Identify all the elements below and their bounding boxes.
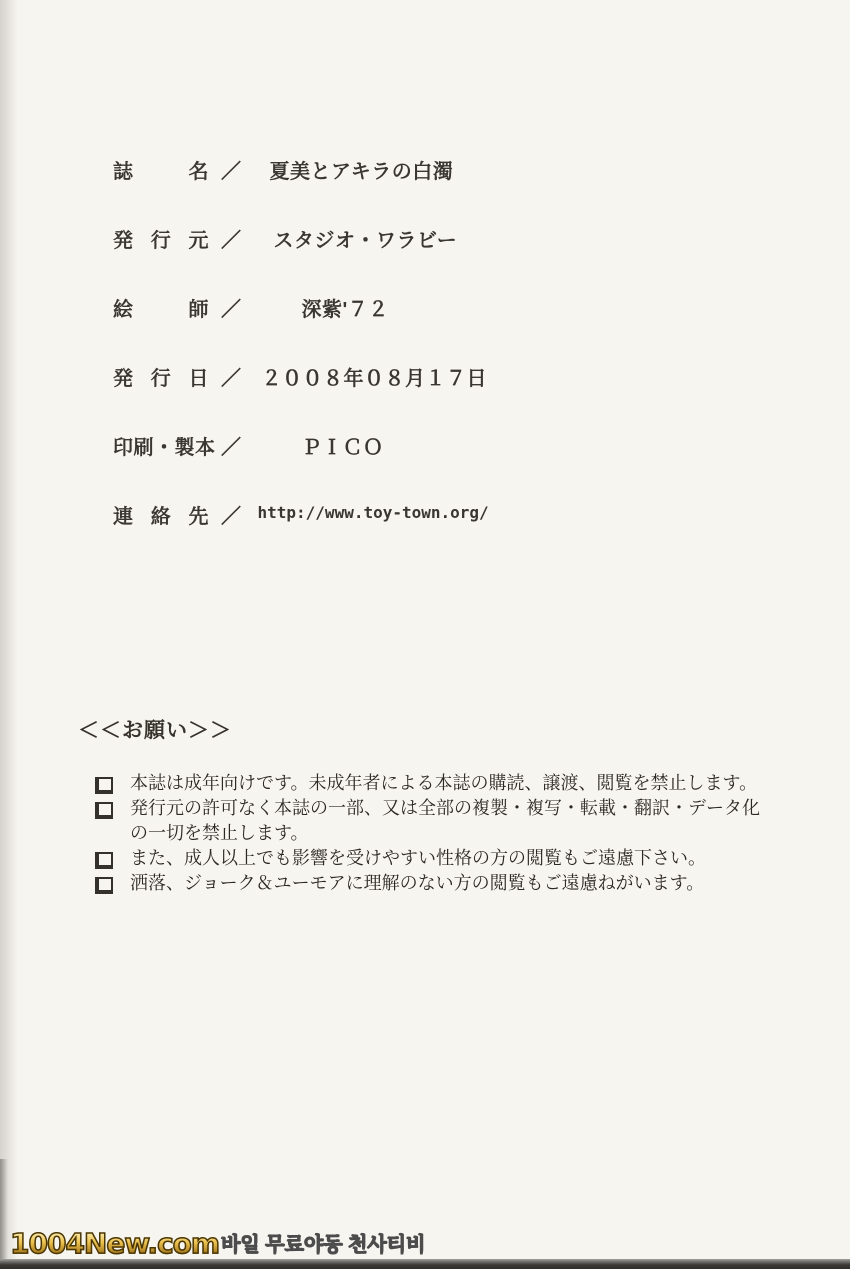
- colophon-row-title: 誌名 ／ 夏美とアキラの白濁: [113, 155, 489, 181]
- colophon-label: 連絡先: [113, 500, 209, 529]
- colophon-row-publisher: 発行元 ／ スタジオ・ワラビー: [113, 224, 489, 250]
- colophon-value-date: ２００８年０８月１７日: [262, 362, 488, 391]
- scan-bottom-bar: [0, 1259, 850, 1269]
- scanned-colophon-page: 誌名 ／ 夏美とアキラの白濁 発行元 ／ スタジオ・ワラビー 絵師 ／ 深紫'７…: [0, 0, 850, 1269]
- colophon-value-contact-url: http://www.toy-town.org/: [258, 500, 489, 522]
- colophon-label: 誌名: [113, 155, 209, 184]
- notice-item: 発行元の許可なく本誌の一部、又は全部の複製・複写・転載・翻訳・データ化 の一切を…: [95, 796, 798, 846]
- colophon-label: 絵師: [113, 293, 209, 322]
- colophon-table: 誌名 ／ 夏美とアキラの白濁 発行元 ／ スタジオ・ワラビー 絵師 ／ 深紫'７…: [113, 155, 489, 569]
- colophon-row-artist: 絵師 ／ 深紫'７２: [113, 293, 489, 319]
- slash-separator: ／: [221, 224, 242, 253]
- notice-item: 本誌は成年向けです。未成年者による本誌の購読、譲渡、閲覧を禁止します。: [95, 771, 798, 796]
- colophon-label: 発行日: [113, 362, 209, 391]
- colophon-label: 発行元: [113, 224, 209, 253]
- notice-list: 本誌は成年向けです。未成年者による本誌の購読、譲渡、閲覧を禁止します。 発行元の…: [95, 771, 798, 896]
- notice-item-text: また、成人以上でも影響を受けやすい性格の方の閲覧もご遠慮下さい。: [130, 846, 706, 871]
- colophon-row-date: 発行日 ／ ２００８年０８月１７日: [113, 362, 489, 388]
- slash-separator: ／: [221, 500, 242, 529]
- watermark-tagline: 바일 무료야동 천사티비: [221, 1231, 425, 1259]
- checkbox-icon: [95, 877, 113, 894]
- notice-heading: ＜＜お願い＞＞: [78, 714, 798, 744]
- slash-separator: ／: [221, 362, 242, 391]
- colophon-value-artist: 深紫'７２: [302, 293, 389, 322]
- scan-left-edge-dark: [0, 1159, 8, 1269]
- colophon-value-title: 夏美とアキラの白濁: [270, 155, 454, 184]
- notice-item-text: 本誌は成年向けです。未成年者による本誌の購読、譲渡、閲覧を禁止します。: [130, 771, 757, 796]
- notice-section: ＜＜お願い＞＞ 本誌は成年向けです。未成年者による本誌の購読、譲渡、閲覧を禁止し…: [78, 714, 798, 896]
- notice-item-text: 発行元の許可なく本誌の一部、又は全部の複製・複写・転載・翻訳・データ化 の一切を…: [130, 796, 760, 846]
- slash-separator: ／: [221, 431, 242, 460]
- colophon-value-printer: ＰＩＣＯ: [302, 431, 384, 460]
- colophon-row-printer: 印刷・製本 ／ ＰＩＣＯ: [113, 431, 489, 457]
- colophon-label: 印刷・製本: [113, 431, 209, 460]
- checkbox-icon: [95, 777, 113, 794]
- checkbox-icon: [95, 802, 113, 819]
- checkbox-icon: [95, 852, 113, 869]
- colophon-value-publisher: スタジオ・ワラビー: [274, 224, 458, 253]
- colophon-row-contact: 連絡先 ／ http://www.toy-town.org/: [113, 500, 489, 526]
- scan-left-edge-shading: [0, 0, 18, 1269]
- notice-item: また、成人以上でも影響を受けやすい性格の方の閲覧もご遠慮下さい。: [95, 846, 798, 871]
- notice-item: 洒落、ジョーク＆ユーモアに理解のない方の閲覧もご遠慮ねがいます。: [95, 871, 798, 896]
- notice-item-text: 洒落、ジョーク＆ユーモアに理解のない方の閲覧もご遠慮ねがいます。: [130, 871, 704, 896]
- slash-separator: ／: [221, 155, 242, 184]
- slash-separator: ／: [221, 293, 242, 322]
- watermark: 1004New.com 바일 무료야동 천사티비: [10, 1229, 425, 1259]
- watermark-site-name: 1004New.com: [10, 1229, 219, 1259]
